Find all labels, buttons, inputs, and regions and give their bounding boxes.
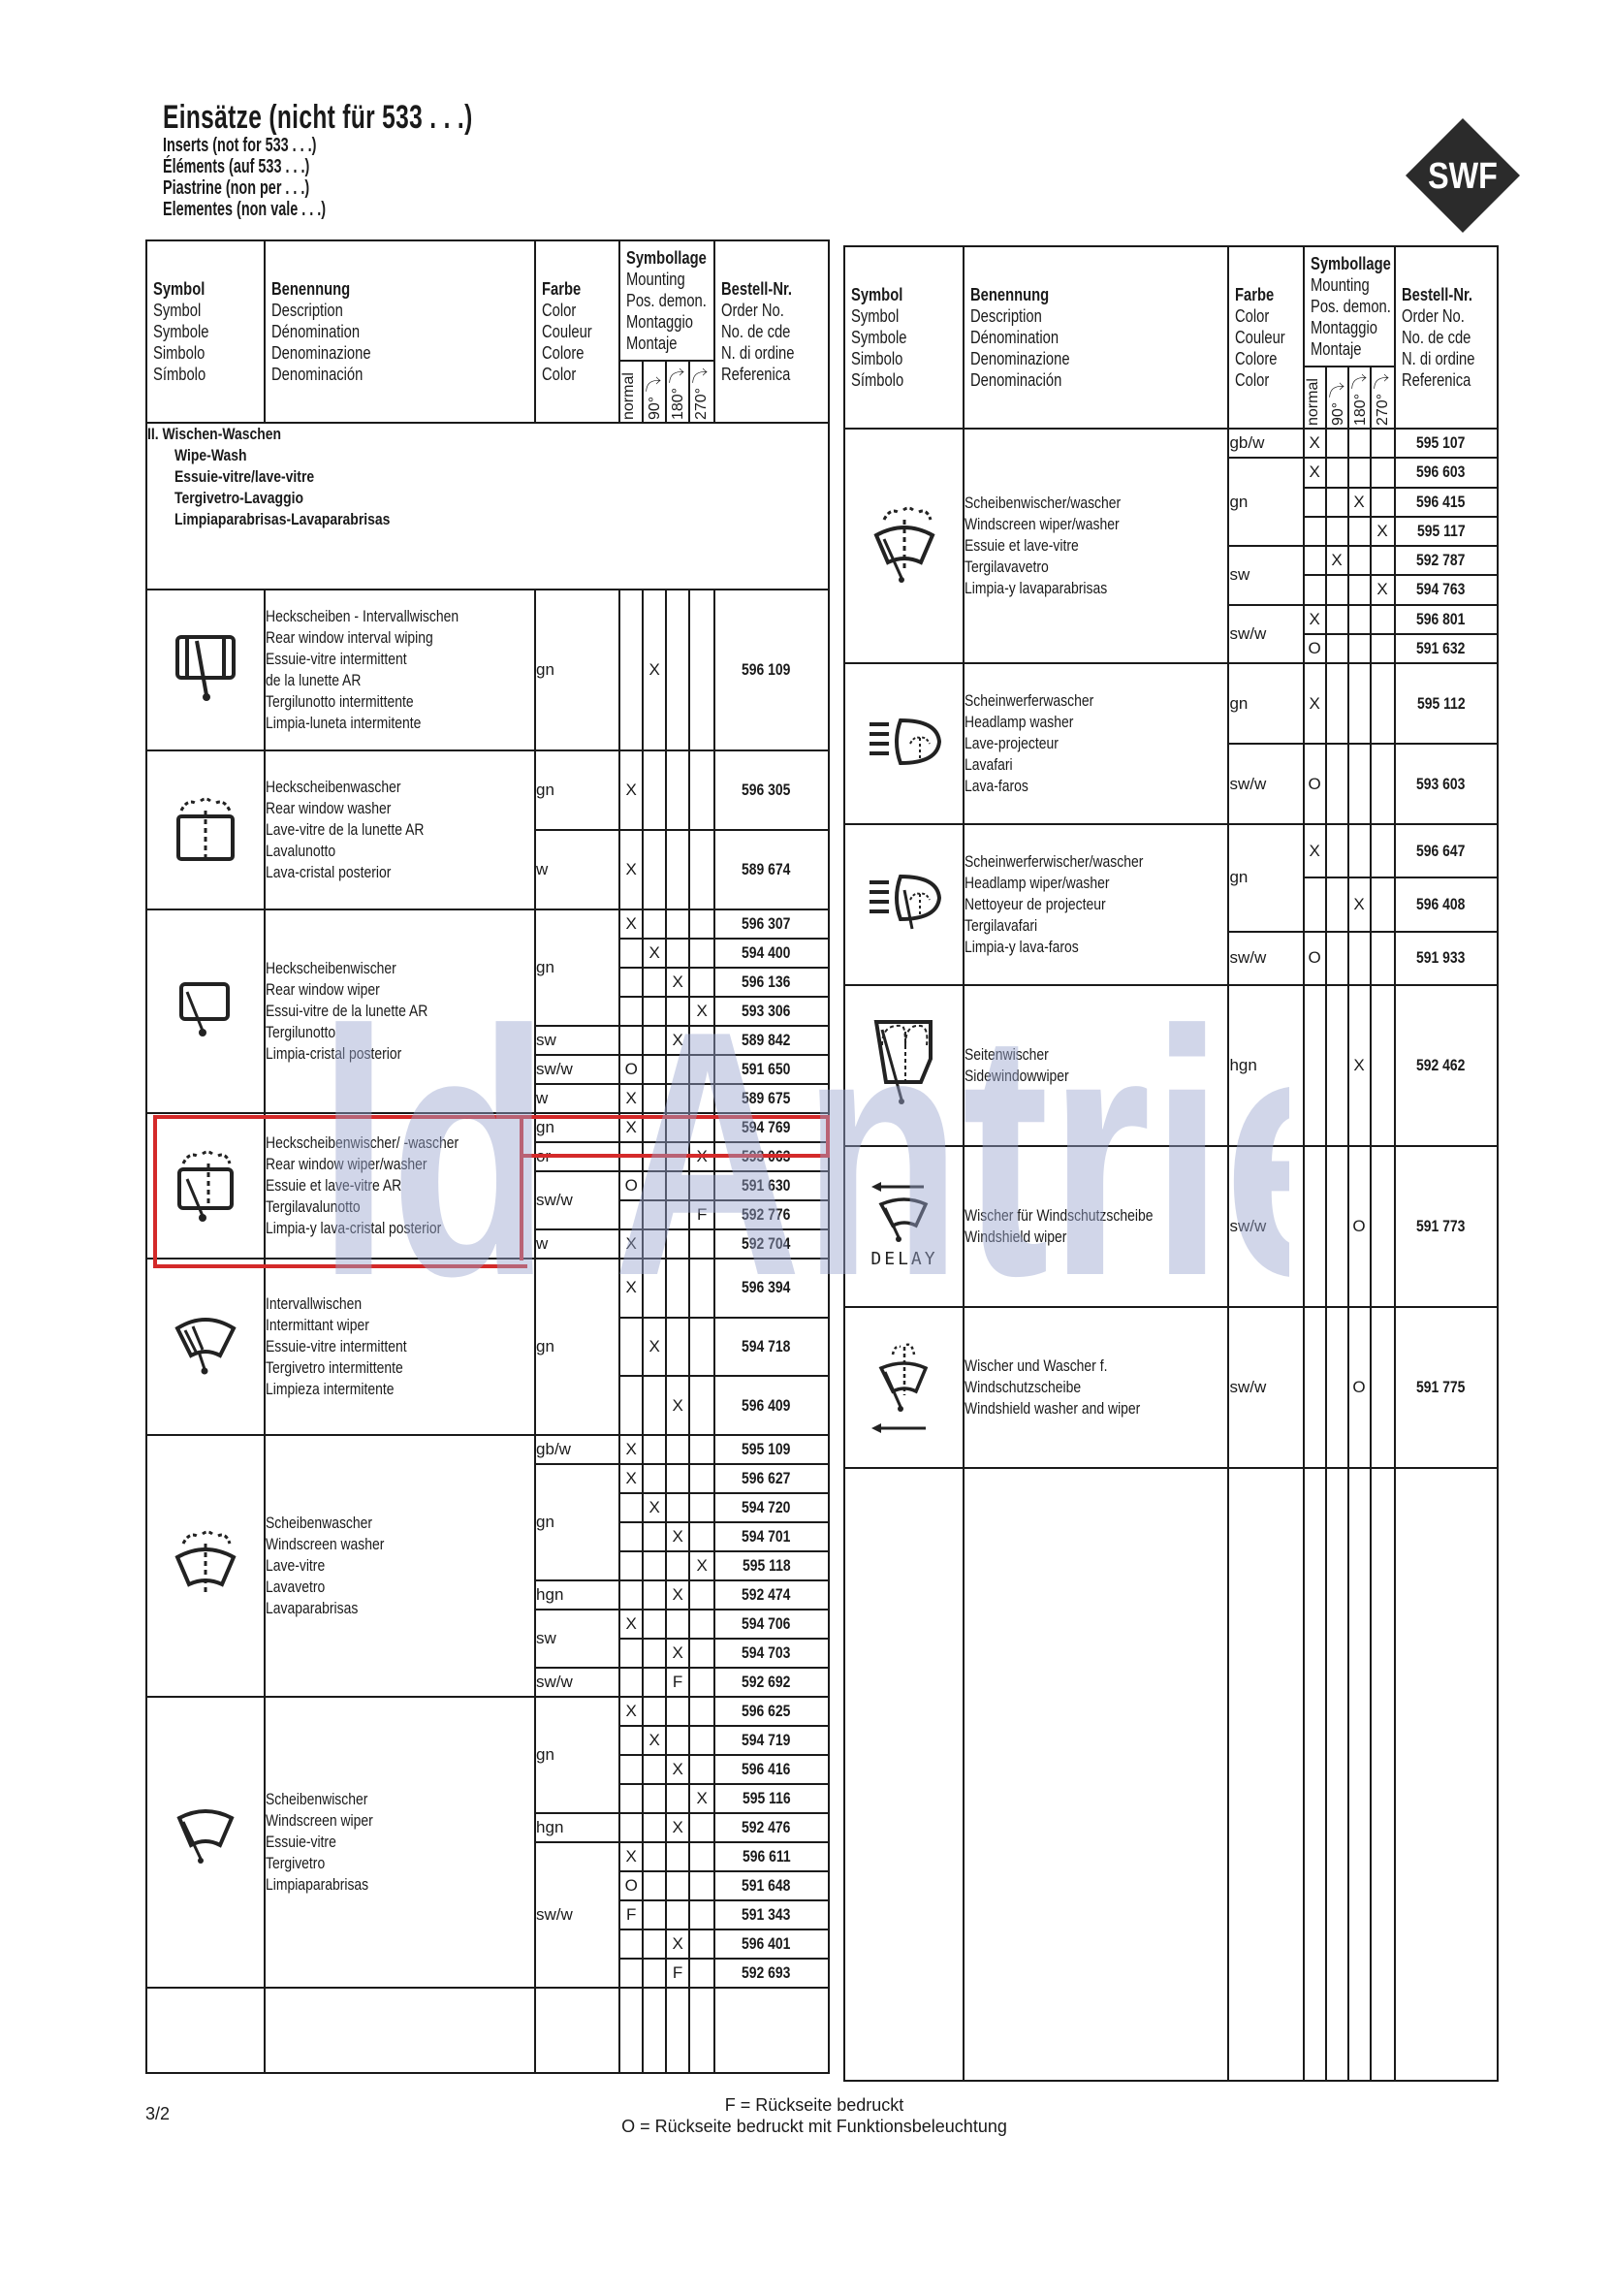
mounting-mark-0: X: [619, 1464, 643, 1493]
color-cell: gn: [1228, 458, 1303, 546]
mounting-position-3: 270° ⤵: [689, 361, 714, 423]
color-cell: sw: [1228, 546, 1303, 605]
mounting-mark-2: [1348, 932, 1371, 985]
mounting-mark-1: [643, 1929, 666, 1959]
mounting-mark-2: [666, 1171, 689, 1200]
mounting-mark-2: [1348, 575, 1371, 604]
color-cell: sw/w: [535, 1055, 619, 1084]
mounting-mark-2: [666, 1784, 689, 1813]
symbol-cell: [146, 1113, 265, 1259]
mounting-mark-1: [1326, 517, 1348, 546]
mounting-mark-1: [643, 1229, 666, 1259]
mounting-mark-0: O: [619, 1055, 643, 1084]
header-color: FarbeColorCouleurColoreColor: [535, 240, 619, 423]
mounting-mark-3: [689, 1610, 714, 1639]
table-row: ScheinwerferwascherHeadlamp washerLave-p…: [844, 663, 1498, 744]
order-number: 591 648: [714, 1871, 829, 1900]
mounting-mark-0: [619, 590, 643, 750]
mounting-mark-3: [689, 1842, 714, 1871]
mounting-mark-0: [1304, 1307, 1326, 1468]
mounting-mark-1: [643, 1522, 666, 1551]
mounting-mark-3: [689, 1668, 714, 1697]
mounting-mark-0: [619, 1813, 643, 1842]
description-cell: Scheibenwischer/wascherWindscreen wiper/…: [964, 429, 1228, 663]
order-number: 596 603: [1395, 458, 1498, 487]
mounting-mark-3: [689, 1726, 714, 1755]
order-number: 593 306: [714, 997, 829, 1026]
mounting-mark-0: [1304, 985, 1326, 1146]
mounting-mark-1: [643, 997, 666, 1026]
order-number: 596 611: [714, 1842, 829, 1871]
mounting-mark-2: F: [666, 1668, 689, 1697]
mounting-mark-2: X: [1348, 877, 1371, 931]
order-number: 594 400: [714, 939, 829, 968]
mounting-mark-1: [643, 1551, 666, 1580]
mounting-mark-3: [689, 1376, 714, 1435]
description-cell: Heckscheibenwischer/ -wascherRear window…: [265, 1113, 535, 1259]
mounting-mark-3: [1371, 1146, 1395, 1307]
mounting-mark-1: [1326, 877, 1348, 931]
mounting-mark-2: [666, 830, 689, 909]
mounting-mark-1: [643, 1900, 666, 1929]
order-number: 591 775: [1395, 1307, 1498, 1468]
mounting-mark-3: [1371, 458, 1395, 487]
mounting-mark-3: [1371, 744, 1395, 824]
mounting-mark-3: [1371, 1307, 1395, 1468]
color-cell: gn: [535, 1113, 619, 1142]
table-row: ScheibenwascherWindscreen washerLave-vit…: [146, 1435, 829, 1464]
mounting-mark-0: [619, 1755, 643, 1784]
order-number: 592 787: [1395, 546, 1498, 575]
order-number: 596 401: [714, 1929, 829, 1959]
order-number: 589 675: [714, 1084, 829, 1113]
symbol-cell: [844, 1307, 964, 1468]
order-number: 596 409: [714, 1376, 829, 1435]
title-block: Einsätze (nicht für 533 . . .) Inserts (…: [163, 101, 593, 219]
color-cell: or: [535, 1142, 619, 1171]
mounting-mark-3: [689, 1493, 714, 1522]
color-cell: sw: [535, 1610, 619, 1668]
description-cell: SeitenwischerSidewindowwiper: [964, 985, 1228, 1146]
mounting-mark-0: [619, 997, 643, 1026]
mounting-mark-1: [1326, 824, 1348, 877]
page-title: Einsätze (nicht für 533 . . .): [163, 101, 473, 134]
mounting-mark-0: X: [619, 1084, 643, 1113]
mounting-mark-3: [689, 968, 714, 997]
mounting-mark-1: X: [1326, 546, 1348, 575]
mounting-mark-1: [643, 1639, 666, 1668]
order-number: 596 625: [714, 1697, 829, 1726]
order-number: 594 719: [714, 1726, 829, 1755]
mounting-mark-2: [1348, 634, 1371, 663]
symbol-cell: [146, 909, 265, 1113]
mounting-mark-1: [1326, 985, 1348, 1146]
table-header-row: SymbolSymbolSymboleSimboloSímboloBenennu…: [844, 246, 1498, 367]
mounting-mark-0: X: [619, 909, 643, 939]
color-cell: hgn: [535, 1813, 619, 1842]
mounting-mark-0: [619, 1929, 643, 1959]
mounting-mark-3: [689, 1113, 714, 1142]
mounting-mark-3: [689, 590, 714, 750]
mounting-mark-0: [619, 939, 643, 968]
mounting-mark-3: X: [1371, 517, 1395, 546]
mounting-mark-3: [689, 1026, 714, 1055]
mounting-mark-3: X: [689, 1142, 714, 1171]
mounting-mark-3: [689, 1697, 714, 1726]
mounting-mark-0: X: [1304, 824, 1326, 877]
mounting-mark-2: X: [666, 1026, 689, 1055]
color-cell: gn: [535, 1697, 619, 1813]
mounting-mark-2: [666, 1318, 689, 1377]
mounting-mark-1: [643, 1026, 666, 1055]
mounting-mark-3: F: [689, 1200, 714, 1229]
mounting-mark-2: [666, 1900, 689, 1929]
order-number: 589 842: [714, 1026, 829, 1055]
order-number: 594 720: [714, 1493, 829, 1522]
mounting-mark-1: [643, 1610, 666, 1639]
mounting-position-2: 180° ⤵: [1348, 367, 1371, 429]
symbol-cell: [844, 824, 964, 985]
mounting-mark-2: [666, 1551, 689, 1580]
header-order-number: Bestell-Nr.Order No.No. de cdeN. di ordi…: [1395, 246, 1498, 429]
color-cell: gn: [535, 750, 619, 830]
mounting-mark-2: [666, 1726, 689, 1755]
mounting-mark-0: [1304, 877, 1326, 931]
mounting-mark-3: X: [689, 1551, 714, 1580]
mounting-mark-1: X: [643, 1318, 666, 1377]
mounting-mark-2: [666, 1842, 689, 1871]
mounting-position-3: 270° ⤵: [1371, 367, 1395, 429]
mounting-mark-3: [689, 1813, 714, 1842]
mounting-mark-0: [1304, 575, 1326, 604]
mounting-mark-2: [666, 1610, 689, 1639]
mounting-mark-1: [643, 1959, 666, 1988]
mounting-mark-0: [1304, 488, 1326, 517]
order-number: 594 763: [1395, 575, 1498, 604]
table-row: Heckscheiben - IntervallwischenRear wind…: [146, 590, 829, 750]
order-number: 591 773: [1395, 1146, 1498, 1307]
mounting-mark-2: X: [666, 1813, 689, 1842]
order-number: 592 476: [714, 1813, 829, 1842]
table-row: HeckscheibenwischerRear window wiperEssu…: [146, 909, 829, 939]
rear-window-washer-icon: [174, 852, 237, 871]
order-number: 595 116: [714, 1784, 829, 1813]
order-number: 594 718: [714, 1318, 829, 1377]
mounting-mark-2: [666, 1055, 689, 1084]
mounting-mark-3: [1371, 932, 1395, 985]
legend-f: F = Rückseite bedruckt: [543, 2094, 1086, 2116]
symbol-cell: [146, 750, 265, 909]
color-cell: sw/w: [1228, 1307, 1303, 1468]
subtitle-fr: Éléments (auf 533 . . .): [163, 157, 473, 176]
table-row: DELAYWischer für WindschutzscheibeWindsh…: [844, 1146, 1498, 1307]
mounting-mark-2: [666, 1142, 689, 1171]
order-number: 596 109: [714, 590, 829, 750]
symbol-cell: [146, 1697, 265, 1988]
mounting-mark-2: [666, 997, 689, 1026]
mounting-mark-0: [619, 1580, 643, 1610]
subtitle-en: Inserts (not for 533 . . .): [163, 136, 473, 155]
mounting-mark-0: [619, 1639, 643, 1668]
color-cell: sw/w: [535, 1842, 619, 1988]
color-cell: gn: [535, 590, 619, 750]
description-cell: IntervallwischenIntermittant wiperEssuie…: [265, 1259, 535, 1435]
mounting-mark-1: [643, 1142, 666, 1171]
description-cell: Wischer für WindschutzscheibeWindshield …: [964, 1146, 1228, 1307]
order-number: 595 109: [714, 1435, 829, 1464]
mounting-mark-2: [666, 1200, 689, 1229]
header-description: BenennungDescriptionDénominationDenomina…: [265, 240, 535, 423]
symbol-cell: DELAY: [844, 1146, 964, 1307]
mounting-mark-0: [619, 1142, 643, 1171]
mounting-mark-3: [689, 1084, 714, 1113]
mounting-mark-1: [643, 968, 666, 997]
mounting-mark-0: X: [1304, 429, 1326, 458]
mounting-mark-3: [689, 1464, 714, 1493]
color-cell: sw/w: [1228, 744, 1303, 824]
mounting-mark-2: X: [666, 1639, 689, 1668]
color-cell: hgn: [1228, 985, 1303, 1146]
mounting-mark-0: [619, 1551, 643, 1580]
order-number: 595 117: [1395, 517, 1498, 546]
mounting-mark-1: [643, 1259, 666, 1318]
mounting-mark-0: [619, 1784, 643, 1813]
mounting-mark-1: [1326, 429, 1348, 458]
windscreen-wiper-icon: [174, 1864, 237, 1882]
description-cell: Scheinwerferwischer/wascherHeadlamp wipe…: [964, 824, 1228, 985]
mounting-mark-2: O: [1348, 1307, 1371, 1468]
table-row: ScheibenwischerWindscreen wiperEssuie-vi…: [146, 1697, 829, 1726]
mounting-mark-1: [1326, 488, 1348, 517]
mounting-mark-1: [643, 750, 666, 830]
windshield-washer-wiper-icon: [866, 1423, 943, 1442]
mounting-mark-0: O: [619, 1171, 643, 1200]
color-cell: sw/w: [1228, 932, 1303, 985]
description-cell: Wischer und Wascher f.WindschutzscheibeW…: [964, 1307, 1228, 1468]
page-number: 3/2: [145, 2104, 170, 2124]
mounting-mark-0: X: [619, 1697, 643, 1726]
description-cell: ScheinwerferwascherHeadlamp washerLave-p…: [964, 663, 1228, 824]
order-number: 595 118: [714, 1551, 829, 1580]
mounting-mark-0: X: [619, 1259, 643, 1318]
mounting-mark-2: [1348, 605, 1371, 634]
legend: F = Rückseite bedruckt O = Rückseite bed…: [543, 2094, 1086, 2137]
mounting-mark-3: [1371, 488, 1395, 517]
symbol-cell: [844, 985, 964, 1146]
mounting-mark-1: [643, 1755, 666, 1784]
mounting-mark-0: [619, 1026, 643, 1055]
empty-row: [146, 1988, 829, 2073]
mounting-mark-1: [643, 1842, 666, 1871]
section-row: II. Wischen-WaschenWipe-WashEssuie-vitre…: [146, 423, 829, 590]
mounting-mark-1: [643, 1784, 666, 1813]
mounting-position-2: 180° ⤵: [666, 361, 689, 423]
mounting-mark-2: [1348, 824, 1371, 877]
header-mounting: SymbollageMountingPos. demon.MontaggioMo…: [1304, 246, 1395, 367]
mounting-mark-2: [1348, 663, 1371, 744]
left-catalog-table: SymbolSymbolSymboleSimboloSímboloBenennu…: [145, 239, 830, 2074]
headlamp-washer-icon: [866, 756, 943, 775]
table-row: Wischer und Wascher f.WindschutzscheibeW…: [844, 1307, 1498, 1468]
color-cell: gb/w: [1228, 429, 1303, 458]
header-symbol: SymbolSymbolSymboleSimboloSímbolo: [844, 246, 964, 429]
symbol-cell: [146, 1259, 265, 1435]
mounting-mark-2: [1348, 517, 1371, 546]
mounting-position-1: 90° ⤵: [1326, 367, 1348, 429]
order-number: 596 136: [714, 968, 829, 997]
color-cell: gn: [1228, 663, 1303, 744]
table-row: Scheinwerferwischer/wascherHeadlamp wipe…: [844, 824, 1498, 877]
order-number: 591 343: [714, 1900, 829, 1929]
header-mounting: SymbollageMountingPos. demon.MontaggioMo…: [619, 240, 714, 361]
mounting-mark-3: X: [1371, 575, 1395, 604]
table-row: Heckscheibenwischer/ -wascherRear window…: [146, 1113, 829, 1142]
mounting-mark-1: [1326, 605, 1348, 634]
rear-window-wiper-washer-icon: [174, 1213, 237, 1231]
mounting-mark-1: [1326, 634, 1348, 663]
header-color: FarbeColorCouleurColoreColor: [1228, 246, 1303, 429]
mounting-mark-3: [689, 939, 714, 968]
mounting-mark-2: [666, 1435, 689, 1464]
order-number: 596 627: [714, 1464, 829, 1493]
color-cell: gn: [535, 909, 619, 1026]
table-row: HeckscheibenwascherRear window washerLav…: [146, 750, 829, 830]
table-row: IntervallwischenIntermittant wiperEssuie…: [146, 1259, 829, 1318]
mounting-mark-3: [689, 1959, 714, 1988]
mounting-mark-2: X: [666, 1929, 689, 1959]
color-cell: sw/w: [1228, 605, 1303, 664]
windshield-wiper-delay-icon: DELAY: [866, 1258, 943, 1276]
color-cell: gn: [535, 1259, 619, 1435]
section-title: II. Wischen-WaschenWipe-WashEssuie-vitre…: [146, 423, 829, 590]
windscreen-washer-icon: [174, 1587, 237, 1606]
mounting-mark-1: [1326, 744, 1348, 824]
mounting-mark-1: [643, 1113, 666, 1142]
subtitle-es: Elementes (non vale . . .): [163, 200, 473, 219]
mounting-mark-1: [1326, 932, 1348, 985]
color-cell: w: [535, 830, 619, 909]
mounting-mark-0: X: [1304, 663, 1326, 744]
mounting-mark-3: [689, 1229, 714, 1259]
mounting-mark-1: [643, 1084, 666, 1113]
color-cell: gb/w: [535, 1435, 619, 1464]
mounting-mark-3: [1371, 877, 1395, 931]
mounting-mark-0: X: [619, 1435, 643, 1464]
order-number: 594 703: [714, 1639, 829, 1668]
mounting-mark-2: X: [1348, 985, 1371, 1146]
mounting-mark-2: O: [1348, 1146, 1371, 1307]
mounting-mark-1: [643, 1871, 666, 1900]
mounting-mark-3: [1371, 634, 1395, 663]
order-number: 592 692: [714, 1668, 829, 1697]
mounting-mark-0: X: [619, 830, 643, 909]
mounting-mark-2: [666, 1113, 689, 1142]
mounting-mark-1: X: [643, 1726, 666, 1755]
header-order-number: Bestell-Nr.Order No.No. de cdeN. di ordi…: [714, 240, 829, 423]
headlamp-wiper-washer-icon: [866, 918, 943, 937]
order-number: 592 704: [714, 1229, 829, 1259]
mounting-position-0: normal: [1304, 367, 1326, 429]
mounting-mark-3: [689, 1580, 714, 1610]
order-number: 594 769: [714, 1113, 829, 1142]
order-number: 594 701: [714, 1522, 829, 1551]
order-number: 592 474: [714, 1580, 829, 1610]
mounting-mark-1: [643, 1200, 666, 1229]
windscreen-wiper-washer-icon: [872, 573, 936, 591]
mounting-mark-0: [619, 1668, 643, 1697]
mounting-mark-2: X: [666, 968, 689, 997]
mounting-mark-2: [666, 939, 689, 968]
mounting-mark-0: X: [1304, 605, 1326, 634]
mounting-mark-0: X: [619, 1113, 643, 1142]
mounting-mark-3: X: [689, 997, 714, 1026]
color-cell: sw/w: [1228, 1146, 1303, 1307]
color-cell: w: [535, 1229, 619, 1259]
mounting-mark-0: [619, 1318, 643, 1377]
order-number: 593 603: [1395, 744, 1498, 824]
swf-diamond-logo: SWF: [1406, 118, 1520, 233]
mounting-mark-3: [1371, 824, 1395, 877]
mounting-mark-1: [643, 1697, 666, 1726]
order-number: 595 107: [1395, 429, 1498, 458]
color-cell: gn: [1228, 824, 1303, 932]
mounting-mark-2: [666, 590, 689, 750]
mounting-mark-1: [643, 1376, 666, 1435]
order-number: 592 462: [1395, 985, 1498, 1146]
svg-text:DELAY: DELAY: [870, 1249, 937, 1269]
mounting-mark-3: [689, 909, 714, 939]
mounting-mark-3: [689, 1435, 714, 1464]
symbol-cell: [146, 590, 265, 750]
order-number: 596 415: [1395, 488, 1498, 517]
description-cell: ScheibenwischerWindscreen wiperEssuie-vi…: [265, 1697, 535, 1988]
mounting-mark-2: X: [1348, 488, 1371, 517]
mounting-position-1: 90° ⤵: [643, 361, 666, 423]
order-number: 591 933: [1395, 932, 1498, 985]
mounting-mark-0: F: [619, 1900, 643, 1929]
mounting-mark-1: [643, 1580, 666, 1610]
mounting-mark-3: [689, 1755, 714, 1784]
header-symbol: SymbolSymbolSymboleSimboloSímbolo: [146, 240, 265, 423]
description-cell: ScheibenwascherWindscreen washerLave-vit…: [265, 1435, 535, 1697]
mounting-mark-1: [1326, 1307, 1348, 1468]
empty-row: [844, 1468, 1498, 2081]
side-window-wiper-icon: [872, 1095, 936, 1113]
mounting-mark-0: O: [619, 1871, 643, 1900]
mounting-mark-2: [666, 1871, 689, 1900]
mounting-mark-2: X: [666, 1755, 689, 1784]
order-number: 596 801: [1395, 605, 1498, 634]
legend-o: O = Rückseite bedruckt mit Funktionsbele…: [543, 2116, 1086, 2137]
mounting-mark-1: [643, 909, 666, 939]
mounting-mark-2: [666, 1084, 689, 1113]
mounting-mark-3: [1371, 546, 1395, 575]
order-number: 596 305: [714, 750, 829, 830]
description-cell: HeckscheibenwischerRear window wiperEssu…: [265, 909, 535, 1113]
order-number: 591 630: [714, 1171, 829, 1200]
order-number: 595 112: [1395, 663, 1498, 744]
mounting-mark-2: [666, 1464, 689, 1493]
mounting-mark-1: X: [643, 1493, 666, 1522]
mounting-mark-0: X: [619, 750, 643, 830]
mounting-mark-3: [689, 1318, 714, 1377]
mounting-mark-1: [643, 1668, 666, 1697]
mounting-mark-0: [1304, 517, 1326, 546]
mounting-mark-2: [1348, 458, 1371, 487]
mounting-mark-0: [619, 968, 643, 997]
mounting-mark-3: [1371, 605, 1395, 634]
mounting-mark-0: [619, 1959, 643, 1988]
